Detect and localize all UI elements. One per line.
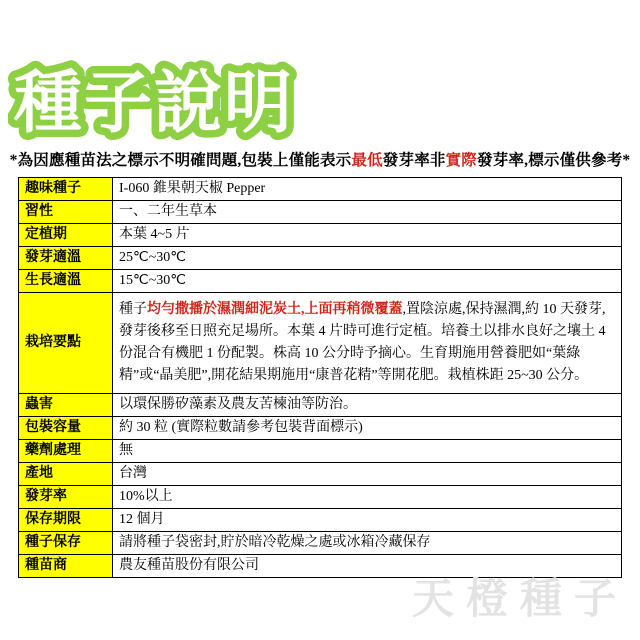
row-label-germination-temp: 發芽適溫 bbox=[19, 247, 113, 270]
bubble-title-svg: 種子說明 bbox=[8, 46, 318, 151]
table-row: 保存期限 12 個月 bbox=[19, 509, 622, 532]
row-label-pests: 蟲害 bbox=[19, 394, 113, 417]
row-label-germination-rate: 發芽率 bbox=[19, 486, 113, 509]
row-label-transplant-period: 定植期 bbox=[19, 224, 113, 247]
page-title-text: 種子說明 bbox=[13, 65, 294, 141]
disclaimer-highlight-actual: 實際 bbox=[446, 152, 477, 169]
row-value-germination-temp: 25℃~30℃ bbox=[113, 247, 622, 270]
table-row: 蟲害 以環保勝矽藻素及農友苦楝油等防治。 bbox=[19, 394, 622, 417]
row-value-cultivation-points: 種子均勻撒播於濕潤細泥炭土,上面再稍微覆蓋,置陰涼處,保持濕潤,約 10 天發芽… bbox=[113, 293, 622, 394]
cultivation-lead-text: 種子 bbox=[119, 302, 147, 317]
table-row: 藥劑處理 無 bbox=[19, 440, 622, 463]
row-value-seed-name: I-060 錐果朝天椒 Pepper bbox=[113, 178, 622, 201]
table-row: 產地 台灣 bbox=[19, 463, 622, 486]
row-value-habit: 一、二年生草本 bbox=[113, 201, 622, 224]
disclaimer-part2: 發芽率非 bbox=[383, 152, 446, 169]
table-row-cultivation: 栽培要點 種子均勻撒播於濕潤細泥炭土,上面再稍微覆蓋,置陰涼處,保持濕潤,約 1… bbox=[19, 293, 622, 394]
table-row: 生長適溫 15℃~30℃ bbox=[19, 270, 622, 293]
cultivation-red-text: 均勻撒播於濕潤細泥炭土,上面再稍微覆蓋 bbox=[147, 302, 403, 317]
row-value-chemical-treatment: 無 bbox=[113, 440, 622, 463]
row-label-cultivation-points: 栽培要點 bbox=[19, 293, 113, 394]
disclaimer-part1: *為因應種苗法之標示不明確問題,包裝上僅能表示 bbox=[10, 152, 352, 169]
row-value-shelf-life: 12 個月 bbox=[113, 509, 622, 532]
row-value-pests: 以環保勝矽藻素及農友苦楝油等防治。 bbox=[113, 394, 622, 417]
row-value-origin: 台灣 bbox=[113, 463, 622, 486]
table-row: 包裝容量 約 30 粒 (實際粒數請參考包裝背面標示) bbox=[19, 417, 622, 440]
seed-description-page: 種子說明 *為因應種苗法之標示不明確問題,包裝上僅能表示最低發芽率非實際發芽率,… bbox=[0, 0, 640, 640]
table-row: 種子保存 請將種子袋密封,貯於暗冷乾燥之處或冰箱冷藏保存 bbox=[19, 532, 622, 555]
disclaimer-highlight-minimum: 最低 bbox=[351, 152, 382, 169]
table-row: 定植期 本葉 4~5 片 bbox=[19, 224, 622, 247]
row-value-growth-temp: 15℃~30℃ bbox=[113, 270, 622, 293]
watermark-brand: 天橙種子 bbox=[412, 566, 628, 626]
row-label-growth-temp: 生長適溫 bbox=[19, 270, 113, 293]
row-label-seed-storage: 種子保存 bbox=[19, 532, 113, 555]
table-row: 趣味種子 I-060 錐果朝天椒 Pepper bbox=[19, 178, 622, 201]
page-title-bubble: 種子說明 bbox=[8, 46, 318, 151]
table-row: 發芽率 10%以上 bbox=[19, 486, 622, 509]
row-label-seed-company: 種苗商 bbox=[19, 555, 113, 578]
row-label-seed-name: 趣味種子 bbox=[19, 178, 113, 201]
row-value-package-quantity: 約 30 粒 (實際粒數請參考包裝背面標示) bbox=[113, 417, 622, 440]
row-value-seed-storage: 請將種子袋密封,貯於暗冷乾燥之處或冰箱冷藏保存 bbox=[113, 532, 622, 555]
row-label-shelf-life: 保存期限 bbox=[19, 509, 113, 532]
row-value-germination-rate: 10%以上 bbox=[113, 486, 622, 509]
row-label-origin: 產地 bbox=[19, 463, 113, 486]
row-label-package-quantity: 包裝容量 bbox=[19, 417, 113, 440]
table-row: 習性 一、二年生草本 bbox=[19, 201, 622, 224]
row-label-chemical-treatment: 藥劑處理 bbox=[19, 440, 113, 463]
disclaimer-part3: 發芽率,標示僅供參考* bbox=[477, 152, 630, 169]
germination-disclaimer: *為因應種苗法之標示不明確問題,包裝上僅能表示最低發芽率非實際發芽率,標示僅供參… bbox=[0, 148, 640, 170]
row-label-habit: 習性 bbox=[19, 201, 113, 224]
table-row: 發芽適溫 25℃~30℃ bbox=[19, 247, 622, 270]
seed-spec-table: 趣味種子 I-060 錐果朝天椒 Pepper 習性 一、二年生草本 定植期 本… bbox=[18, 177, 622, 578]
row-value-transplant-period: 本葉 4~5 片 bbox=[113, 224, 622, 247]
